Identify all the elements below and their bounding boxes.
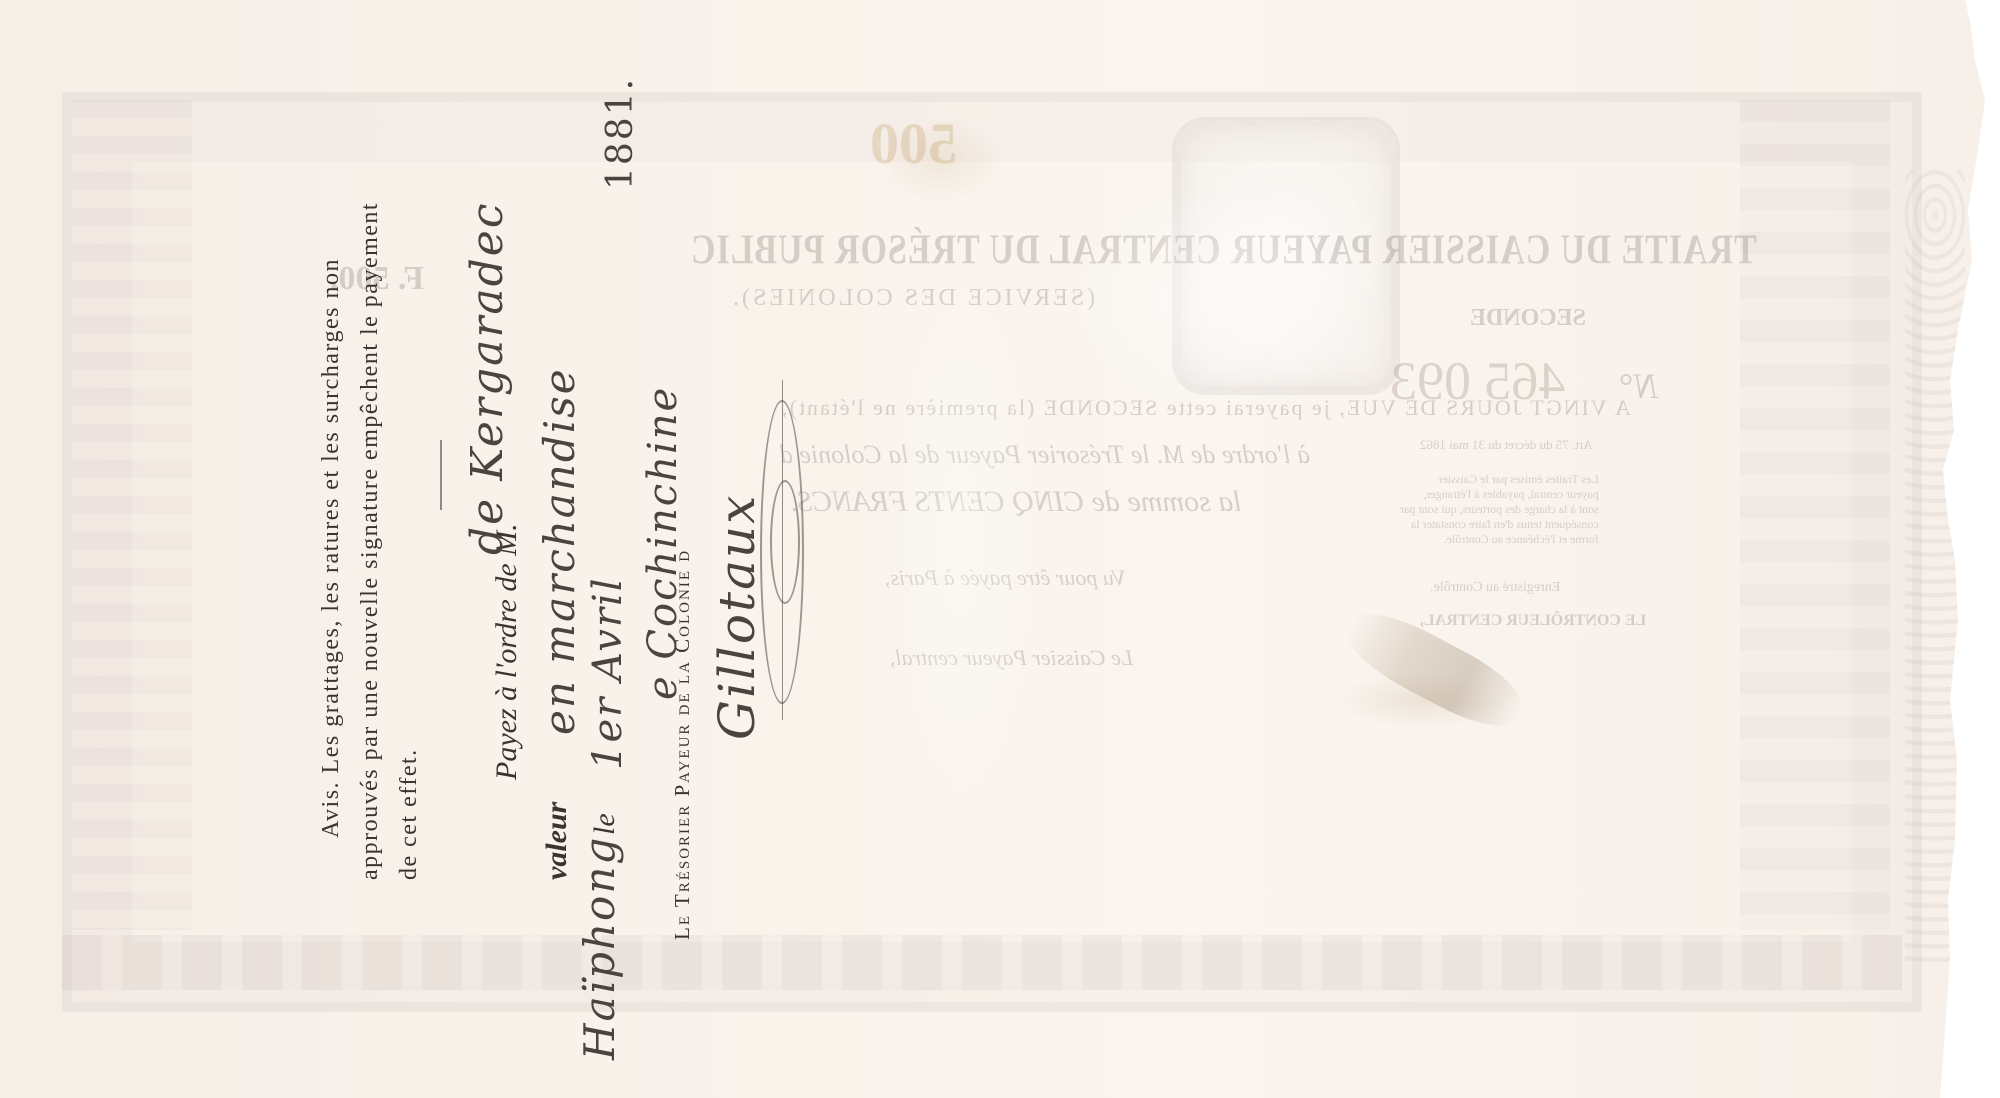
showthrough-line-2: à l'ordre de M. le Trésorier Payeur de l… <box>780 440 1310 470</box>
valeur-label: valeur <box>540 802 574 880</box>
handwritten-signature: Gillotaux <box>708 494 766 740</box>
showthrough-number-label: N° <box>1620 365 1658 407</box>
frame-bottom-band <box>62 935 1902 990</box>
handwritten-valeur: en marchandise <box>535 367 584 735</box>
handwritten-year: 1881. <box>600 77 641 190</box>
showthrough-number: 465 093 <box>1390 350 1566 412</box>
frame-right-vignette <box>1740 100 1890 930</box>
showthrough-title: TRAITE DU CAISSIER PAYEUR CENTRAL DU TRÉ… <box>690 227 1757 275</box>
signature-stroke <box>782 380 783 720</box>
le-label: le <box>588 813 622 835</box>
showthrough-line-4: Vu pour être payée à Paris, <box>885 565 1126 591</box>
amount-underline <box>440 440 442 510</box>
avis-line-3: de cet effet. <box>396 748 423 880</box>
avis-line-1: Avis. Les grattages, les ratures et les … <box>318 258 345 838</box>
payez-label: Payez à l'ordre de M. <box>490 523 524 780</box>
showthrough-seconde: SECONDE <box>1470 305 1586 332</box>
showthrough-enregistre: Enregistré au Contrôle. <box>1430 580 1560 596</box>
showthrough-line-5: Le Caissier Payeur central, <box>890 645 1133 671</box>
handwritten-payee: de Kergaradec <box>462 202 513 555</box>
document-sheet: 500 TRAITE DU CAISSIER PAYEUR CENTRAL DU… <box>0 0 1990 1098</box>
showthrough-line-3: la somme de CINQ CENTS FRANCS. <box>790 485 1242 519</box>
handwritten-date: 1er Avril <box>585 576 631 770</box>
showthrough-controleur: LE CONTRÔLEUR CENTRAL, <box>1420 612 1646 630</box>
showthrough-amount-top: 500 <box>870 110 957 177</box>
stub-scroll-border <box>1905 170 1965 970</box>
showthrough-notice: Les Traites émises par le Caissier payeu… <box>1400 472 1599 547</box>
frame-left-vignette <box>72 100 192 930</box>
signature-flourish-inner <box>770 480 800 604</box>
handwritten-place: Haïphong <box>575 836 624 1060</box>
showthrough-decree: Art. 75 du décret du 31 mai 1862 <box>1420 437 1593 453</box>
showthrough-subtitle: (SERVICE DES COLONIES). <box>730 285 1095 312</box>
avis-line-2: approuvés par une nouvelle signature emp… <box>357 202 384 880</box>
handwritten-colony: e Cochinchine <box>640 386 686 700</box>
